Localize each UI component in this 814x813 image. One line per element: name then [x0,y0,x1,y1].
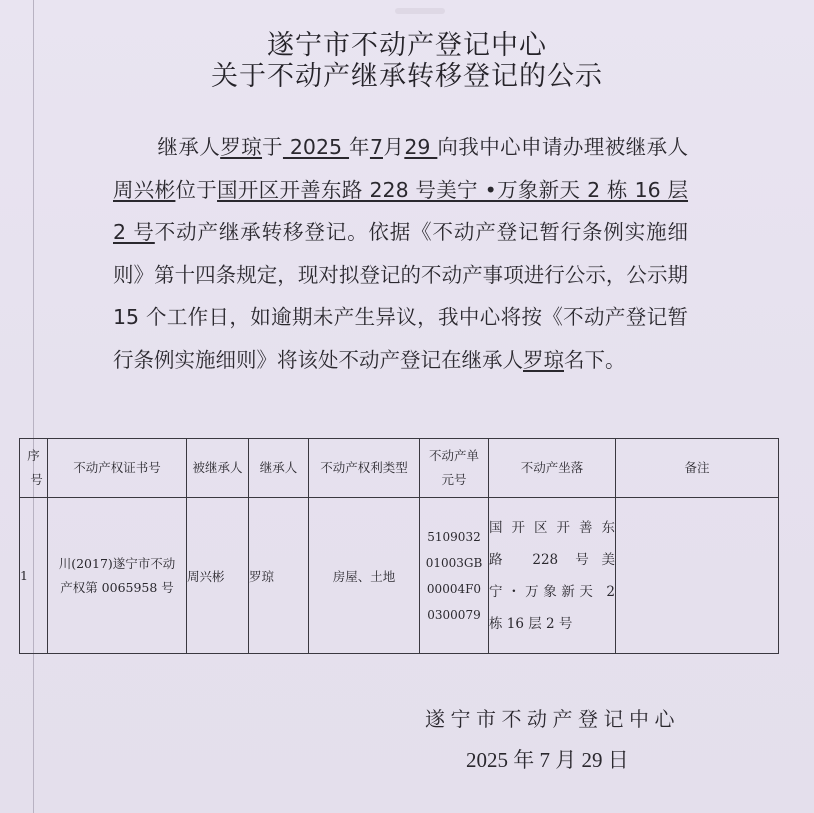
loc-line-2: 路 228 号美 [489,544,615,576]
header-decedent: 被继承人 [187,439,249,498]
apply-day: 29 [404,135,437,159]
unit-line-2: 01003GB [420,550,488,576]
unit-line-3: 00004F0 [420,576,488,602]
cert-line-2: 产权第 0065958 号 [48,576,186,600]
cell-cert: 川(2017)遂宁市不动产权第 0065958 号 [48,498,187,654]
body-text: 于 [262,135,283,159]
cell-remarks [616,498,779,654]
header-heir: 继承人 [249,439,309,498]
signature-org: 遂宁市不动产登记中心 [425,703,705,732]
body-text: 继承人 [157,135,220,159]
title-issuer: 遂宁市不动产登记中心 [0,30,814,62]
header-seq-b: 号 [20,468,47,492]
header-remarks: 备注 [616,439,779,498]
table-row: 1 川(2017)遂宁市不动产权第 0065958 号 周兴彬 罗琼 房屋、土地… [20,498,779,654]
header-seq: 序号 [20,439,48,498]
header-location: 不动产坐落 [489,439,616,498]
loc-line-4: 栋 16 层 2 号 [489,608,615,640]
header-cert: 不动产权证书号 [48,439,187,498]
header-unit-a: 不动产单 [420,444,488,468]
cell-seq: 1 [20,498,48,654]
loc-line-1: 国开区开善东 [489,512,615,544]
apply-month: 7 [370,135,383,159]
loc-line-3: 宁・万象新天 2 [489,576,615,608]
cert-line-1: 川(2017)遂宁市不动 [48,552,186,576]
cell-decedent: 周兴彬 [187,498,249,654]
signature-date: 2025 年 7 月 29 日 [466,744,666,774]
body-text: 月 [383,135,404,159]
scan-smudge [395,8,445,14]
document-page: 遂宁市不动产登记中心 关于不动产继承转移登记的公示 继承人罗琼于 2025 年7… [0,0,814,813]
body-text: 位于 [175,178,217,202]
header-right-type: 不动产权利类型 [309,439,420,498]
apply-year: 2025 [283,135,349,159]
body-text: 名下。 [564,348,626,372]
header-seq-a: 序 [20,444,47,468]
property-table: 序号 不动产权证书号 被继承人 继承人 不动产权利类型 不动产单元号 不动产坐落… [19,438,779,654]
title-subject: 关于不动产继承转移登记的公示 [0,61,814,93]
cell-right-type: 房屋、土地 [309,498,420,654]
heir-name-2: 罗琼 [523,348,564,372]
cell-location: 国开区开善东路 228 号美宁・万象新天 2栋 16 层 2 号 [489,498,616,654]
unit-line-1: 5109032 [420,524,488,550]
binding-margin-line [33,0,34,813]
table-header-row: 序号 不动产权证书号 被继承人 继承人 不动产权利类型 不动产单元号 不动产坐落… [20,439,779,498]
body-text: 年 [349,135,370,159]
unit-line-4: 0300079 [420,602,488,628]
header-unit-no: 不动产单元号 [420,439,489,498]
cell-unit-no: 510903201003GB00004F00300079 [420,498,489,654]
notice-body: 继承人罗琼于 2025 年7月29 向我中心申请办理被继承人周兴彬位于国开区开善… [113,126,688,381]
heir-name: 罗琼 [220,135,262,159]
decedent-name: 周兴彬 [113,178,175,202]
header-unit-b: 元号 [420,468,488,492]
body-text: 向我中心申请办理被继承人 [437,135,688,159]
cell-heir: 罗琼 [249,498,309,654]
